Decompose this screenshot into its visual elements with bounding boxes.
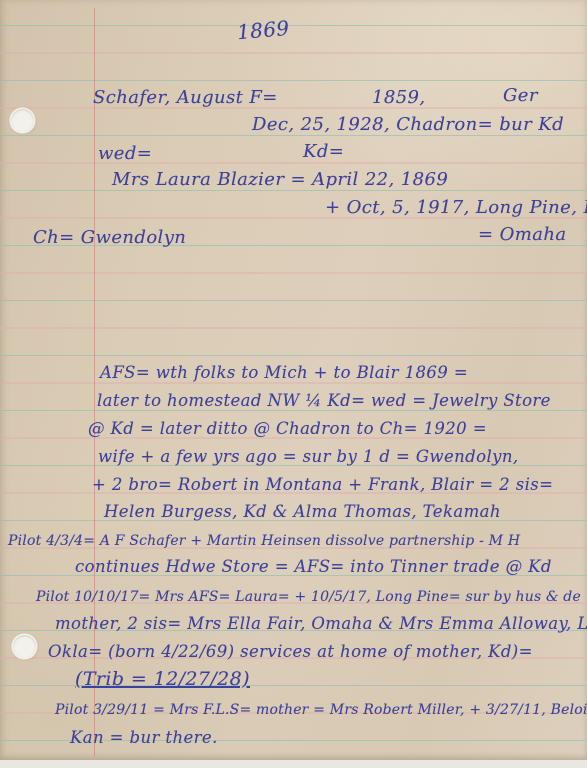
birth-year: 1859, [372, 87, 426, 108]
children-line: Ch= Gwendolyn [33, 227, 186, 248]
wed-label: wed= [98, 143, 152, 164]
year-heading: 1869 [236, 16, 290, 44]
note-line: continues Hdwe Store = AFS= into Tinner … [75, 557, 552, 576]
children-place: = Omaha [478, 224, 567, 245]
spouse-line: Mrs Laura Blazier = April 22, 1869 [112, 169, 448, 190]
note-line: @ Kd = later ditto @ Chadron to Ch= 1920… [88, 419, 487, 438]
note-line: Helen Burgess, Kd & Alma Thomas, Tekamah [104, 502, 501, 521]
note-line-underlined: (Trib = 12/27/28) [75, 668, 250, 690]
rule-line [0, 25, 587, 27]
surname-line: Schafer, August F= [93, 87, 278, 108]
note-line: Kan = bur there. [70, 728, 218, 747]
note-line: Pilot 3/29/11 = Mrs F.L.S= mother = Mrs … [55, 702, 587, 718]
spouse-death-line: + Oct, 5, 1917, Long Pine, Kd= [325, 197, 587, 218]
note-line: mother, 2 sis= Mrs Ella Fair, Omaha & Mr… [55, 614, 587, 633]
kd-label: Kd= [303, 141, 344, 162]
rule-line [0, 300, 587, 302]
rule-line [0, 327, 587, 329]
scanned-record-page: 1869 Schafer, August F= 1859, Ger Dec, 2… [0, 0, 587, 768]
paper-sheet: 1869 Schafer, August F= 1859, Ger Dec, 2… [0, 0, 587, 760]
death-line: Dec, 25, 1928, Chadron= bur Kd [252, 114, 564, 135]
note-line: + 2 bro= Robert in Montana + Frank, Blai… [92, 475, 553, 494]
note-line: Okla= (born 4/22/69) services at home of… [48, 642, 533, 661]
rule-line [0, 107, 587, 109]
rule-line [0, 272, 587, 274]
origin: Ger [503, 85, 538, 106]
note-line: Pilot 4/3/4= A F Schafer + Martin Heinse… [8, 533, 520, 549]
rule-line [0, 52, 587, 54]
rule-line [0, 162, 587, 164]
note-line: wife + a few yrs ago = sur by 1 d = Gwen… [98, 447, 519, 466]
punch-hole-top [11, 109, 34, 132]
rule-line [0, 355, 587, 357]
scan-background-strip [0, 760, 587, 768]
rule-line [0, 80, 587, 82]
note-line: AFS= wth folks to Mich + to Blair 1869 = [100, 363, 468, 382]
rule-line [0, 382, 587, 384]
punch-hole-bottom [13, 635, 36, 658]
note-line: Pilot 10/10/17= Mrs AFS= Laura= + 10/5/1… [36, 589, 581, 605]
note-line: later to homestead NW ¼ Kd= wed = Jewelr… [97, 391, 551, 410]
